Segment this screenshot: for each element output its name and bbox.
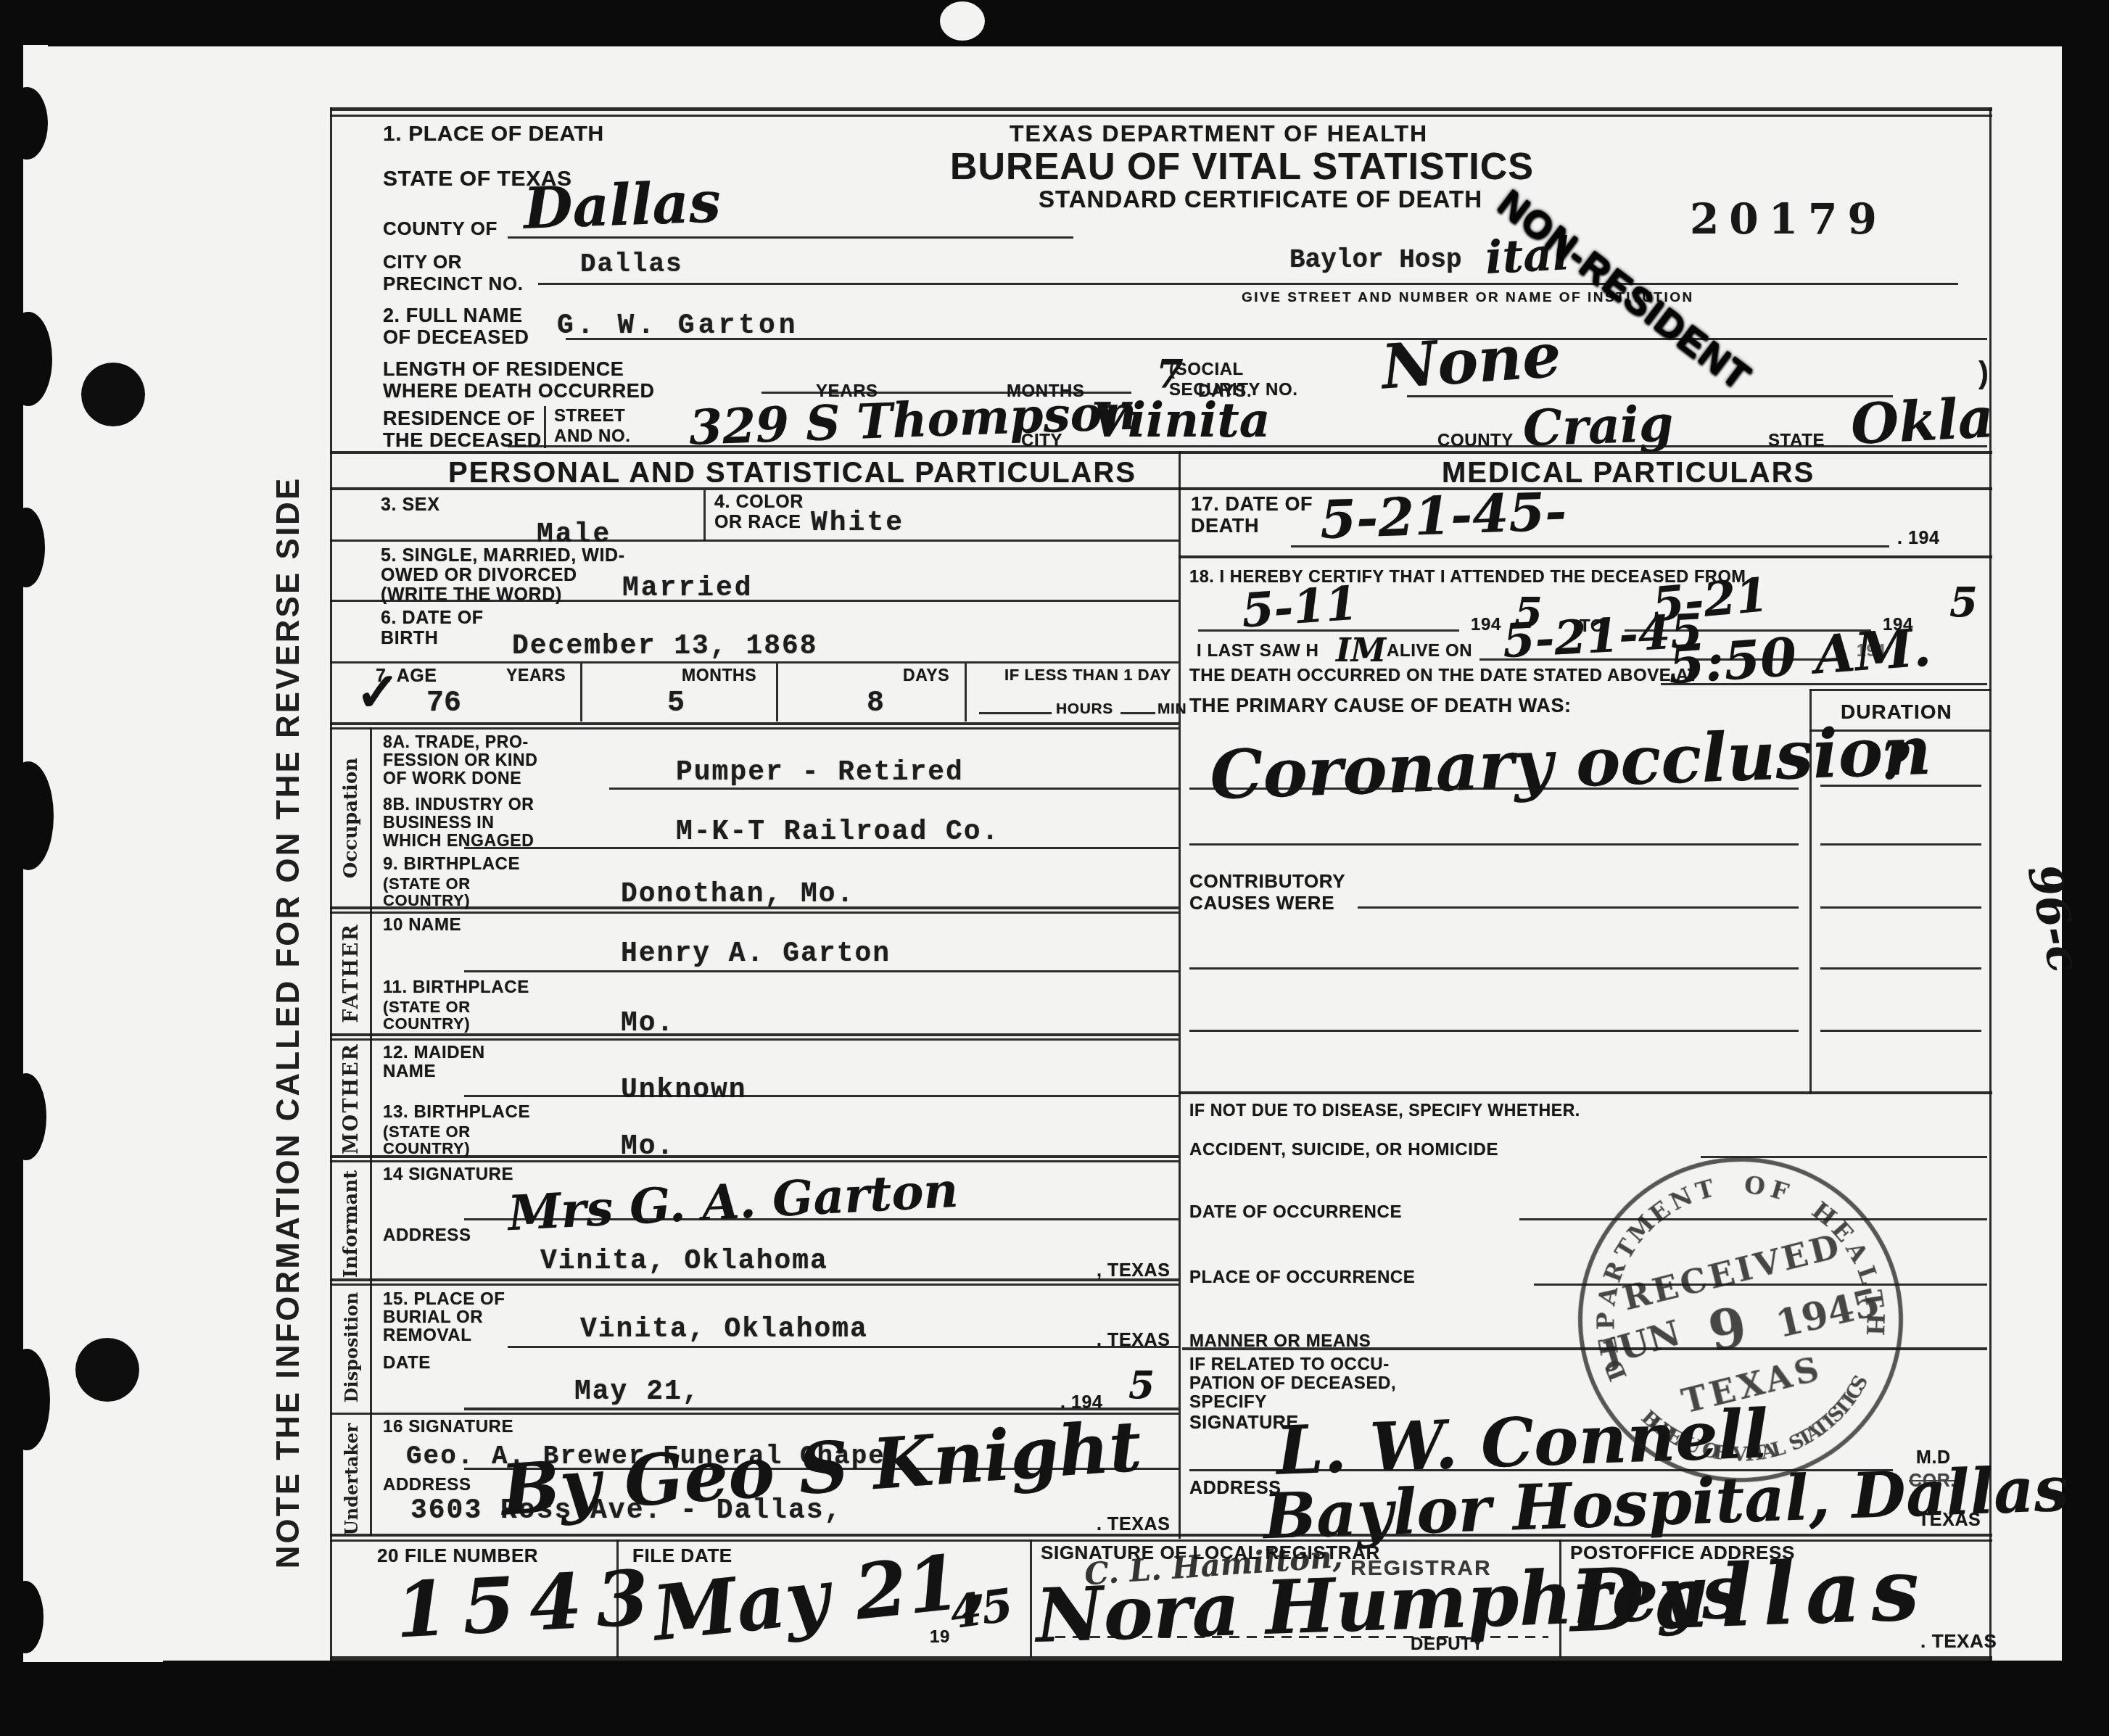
scanned-death-certificate: NOTE THE INFORMATION CALLED FOR ON THE R… bbox=[0, 0, 2109, 1736]
industry-label: 8B. INDUSTRY OR bbox=[383, 795, 534, 814]
rule-line bbox=[1820, 906, 1981, 909]
masthead-bureau: BUREAU OF VITAL STATISTICS bbox=[950, 145, 1534, 189]
received-stamp: DEPARTMENT OF HEALTH BUREAU OF VITAL STA… bbox=[1545, 1125, 1936, 1515]
age-months-value: 5 bbox=[667, 687, 685, 720]
city-precinct-label: CITY OR bbox=[383, 251, 462, 273]
rule-line bbox=[464, 847, 1179, 849]
dod-label: 17. DATE OF bbox=[1191, 493, 1313, 516]
residence-state-value: Okla bbox=[1849, 385, 1995, 457]
occurred-label: THE DEATH OCCURRED ON THE DATE STATED AB… bbox=[1189, 666, 1699, 686]
length-residence-label: LENGTH OF RESIDENCE bbox=[383, 358, 624, 381]
rule-line bbox=[330, 1278, 1179, 1281]
residence-city-value: Viinita bbox=[1091, 392, 1271, 448]
color-value: White bbox=[811, 508, 904, 539]
trade-label2: FESSION OR KIND bbox=[383, 751, 537, 770]
rule-line bbox=[330, 1284, 1179, 1286]
rule-line bbox=[330, 912, 1179, 914]
torn-edge-bump bbox=[4, 312, 52, 406]
undertaker-address-label: ADDRESS bbox=[383, 1475, 471, 1495]
column-divider bbox=[1179, 451, 1181, 1539]
rule-line bbox=[330, 107, 1992, 111]
street-label2: AND NO. bbox=[554, 426, 631, 447]
torn-edge-bump bbox=[7, 1581, 44, 1653]
torn-edge-bump bbox=[7, 508, 45, 587]
rule-line bbox=[1820, 785, 1981, 787]
age-min-label: MIN bbox=[1157, 700, 1186, 718]
dod-value: 5-21-45- bbox=[1319, 480, 1568, 550]
age-days-label: DAYS bbox=[903, 666, 949, 685]
age-days-value: 8 bbox=[867, 687, 884, 720]
rule-line bbox=[1291, 545, 1889, 547]
informant-address-value: Vinita, Oklahoma bbox=[540, 1246, 828, 1277]
rule-line bbox=[330, 722, 1179, 725]
trade-value: Pumper - Retired bbox=[676, 757, 964, 788]
informant-address-label: ADDRESS bbox=[383, 1225, 471, 1246]
rule-line bbox=[1820, 967, 1981, 970]
primary-cause-label: THE PRIMARY CAUSE OF DEATH WAS: bbox=[1189, 695, 1572, 717]
color-label: 4. COLOR bbox=[714, 492, 804, 513]
date-occurrence-label: DATE OF OCCURRENCE bbox=[1189, 1202, 1402, 1223]
rule-line bbox=[330, 115, 1992, 117]
full-name-label2: OF DECEASED bbox=[383, 326, 529, 349]
rule-line bbox=[330, 727, 1179, 729]
reverse-side-note: NOTE THE INFORMATION CALLED FOR ON THE R… bbox=[271, 476, 307, 1568]
county-label: COUNTY OF bbox=[383, 218, 498, 240]
rule-line bbox=[464, 1095, 1179, 1097]
disposition-date-value: May 21, bbox=[574, 1376, 701, 1408]
rule-line bbox=[330, 540, 1179, 542]
ssn-label: (SOCIAL bbox=[1169, 360, 1244, 380]
rule-line bbox=[330, 487, 1992, 490]
rule-line bbox=[1809, 689, 1991, 691]
age-years-value: 76 bbox=[426, 687, 461, 720]
divider-line bbox=[580, 664, 582, 722]
contributory-label2: CAUSES WERE bbox=[1189, 892, 1334, 914]
side-label-disposition: Disposition bbox=[341, 1292, 362, 1403]
father-birthplace-label: 11. BIRTHPLACE bbox=[383, 977, 529, 998]
divider-line bbox=[1989, 107, 1992, 1661]
rule-line bbox=[1189, 843, 1799, 846]
torn-edge-bump bbox=[6, 1073, 46, 1160]
attended-to-year-script: 5 bbox=[1949, 579, 1978, 627]
dod-label2: DEATH bbox=[1191, 515, 1259, 537]
residence-label: RESIDENCE OF bbox=[383, 408, 535, 430]
industry-value: M-K-T Railroad Co. bbox=[676, 817, 999, 848]
burial-value: Vinita, Oklahoma bbox=[580, 1314, 868, 1345]
rule-line bbox=[1820, 843, 1981, 846]
if-not-label: IF NOT DUE TO DISEASE, SPECIFY WHETHER. bbox=[1189, 1101, 1580, 1120]
rule-line bbox=[330, 451, 1992, 454]
institution-typed: Baylor Hosp bbox=[1289, 245, 1462, 275]
file-number-value: 1543 bbox=[393, 1552, 665, 1655]
burial-label3: REMOVAL bbox=[383, 1326, 471, 1346]
divider-line bbox=[965, 664, 967, 722]
county-value: Dallas bbox=[522, 169, 722, 241]
full-name-label: 2. FULL NAME bbox=[383, 305, 523, 327]
dob-label: 6. DATE OF bbox=[381, 608, 484, 629]
divider-line bbox=[330, 107, 332, 1661]
divider-line bbox=[703, 490, 706, 541]
rule-line bbox=[330, 1656, 1992, 1661]
postoffice-state-suffix: . TEXAS bbox=[1920, 1630, 1997, 1653]
rule-line bbox=[1189, 788, 1799, 790]
burial-label: 15. PLACE OF bbox=[383, 1289, 505, 1310]
rule-line bbox=[464, 1218, 1179, 1220]
punch-hole-left-upper bbox=[81, 363, 145, 426]
trade-label3: OF WORK DONE bbox=[383, 769, 521, 788]
residence-city-label: CITY bbox=[1021, 431, 1062, 451]
file-date-year-script: 45 bbox=[946, 1578, 1016, 1639]
file-date-year-printed: 19 bbox=[930, 1627, 950, 1648]
rule-line bbox=[979, 712, 1052, 714]
birthplace-value: Donothan, Mo. bbox=[621, 879, 854, 910]
age-years-label: YEARS bbox=[506, 666, 566, 685]
side-label-undertaker: Undertaker bbox=[341, 1423, 362, 1535]
father-name-value: Henry A. Garton bbox=[621, 938, 891, 970]
rule-line bbox=[1120, 712, 1155, 714]
rule-line bbox=[330, 1160, 1179, 1162]
related-label3: SPECIFY bbox=[1189, 1392, 1267, 1413]
sex-label: 3. SEX bbox=[381, 495, 439, 516]
torn-edge-bump bbox=[6, 87, 48, 160]
punch-hole-top bbox=[940, 1, 985, 41]
residence-county-value: Craig bbox=[1522, 394, 1675, 458]
dob-label2: BIRTH bbox=[381, 628, 438, 649]
contributory-label: CONTRIBUTORY bbox=[1189, 870, 1345, 893]
burial-label2: BURIAL OR bbox=[383, 1307, 483, 1328]
scan-edge-top bbox=[48, 0, 2109, 46]
side-label-mother: MOTHER bbox=[340, 1043, 363, 1154]
scan-edge-bottom bbox=[163, 1661, 2109, 1736]
birthplace-label: 9. BIRTHPLACE bbox=[383, 854, 520, 875]
rule-line bbox=[508, 1346, 1179, 1348]
torn-left-edge bbox=[0, 44, 23, 1736]
rule-line bbox=[1189, 1030, 1799, 1032]
residence-county-label: COUNTY bbox=[1437, 431, 1514, 451]
city-precinct-label2: PRECINCT NO. bbox=[383, 273, 524, 295]
divider-line bbox=[776, 664, 778, 722]
physician-state-suffix: TEXAS bbox=[1918, 1510, 1981, 1531]
rule-line bbox=[464, 970, 1179, 972]
rule-line bbox=[1358, 906, 1799, 909]
rule-line bbox=[1179, 555, 1992, 558]
father-birthplace-label3: COUNTRY) bbox=[383, 1014, 470, 1033]
divider-line bbox=[1030, 1539, 1032, 1658]
place-occurrence-label: PLACE OF OCCURRENCE bbox=[1189, 1268, 1415, 1288]
father-name-label: 10 NAME bbox=[383, 915, 461, 935]
certificate-number: 20179 bbox=[1690, 194, 1887, 244]
age-hours-label: HOURS bbox=[1056, 700, 1113, 718]
last-saw-him-script: IM bbox=[1336, 632, 1386, 669]
marital-label: 5. SINGLE, MARRIED, WID- bbox=[381, 545, 625, 566]
residence-label2: THE DECEASED bbox=[383, 429, 542, 452]
masthead-standard: STANDARD CERTIFICATE OF DEATH bbox=[1039, 186, 1482, 213]
personal-banner: PERSONAL AND STATISTICAL PARTICULARS bbox=[448, 457, 1136, 489]
rule-line bbox=[330, 661, 1179, 664]
disposition-date-label: DATE bbox=[383, 1353, 431, 1373]
maiden-value: Unknown bbox=[621, 1075, 747, 1106]
rule-line bbox=[609, 788, 1179, 790]
trade-label: 8A. TRADE, PRO- bbox=[383, 732, 529, 752]
disposition-year-script: 5 bbox=[1128, 1363, 1155, 1408]
full-name-value: G. W. Garton bbox=[557, 310, 799, 342]
rule-line bbox=[538, 283, 1958, 285]
accident-label: ACCIDENT, SUICIDE, OR HOMICIDE bbox=[1189, 1140, 1498, 1160]
rule-line bbox=[330, 1033, 1179, 1036]
age-less-label: IF LESS THAN 1 DAY bbox=[1004, 666, 1171, 685]
street-label: STREET bbox=[554, 406, 625, 426]
industry-label2: BUSINESS IN bbox=[383, 813, 495, 832]
related-label2: PATION OF DECEASED, bbox=[1189, 1373, 1396, 1394]
rule-line bbox=[330, 906, 1179, 909]
undertaker-signature-label: 16 SIGNATURE bbox=[383, 1417, 513, 1437]
marital-label2: OWED OR DIVORCED bbox=[381, 565, 577, 586]
rule-line bbox=[1661, 683, 1987, 685]
age-checkmark: ✓ bbox=[355, 661, 400, 724]
attended-from-year: 194 bbox=[1471, 615, 1501, 635]
ssn-value: None bbox=[1379, 318, 1564, 402]
divider-line bbox=[544, 406, 546, 448]
age-months-label: MONTHS bbox=[682, 666, 756, 685]
place-of-death-label: 1. PLACE OF DEATH bbox=[383, 122, 604, 146]
mother-birthplace-label: 13. BIRTHPLACE bbox=[383, 1102, 530, 1123]
rule-line bbox=[330, 1534, 1992, 1537]
rule-line bbox=[330, 600, 1179, 602]
last-saw-label-end: ALIVE ON bbox=[1387, 641, 1472, 661]
punch-hole-left-lower bbox=[75, 1338, 139, 1402]
rule-line bbox=[508, 236, 1073, 239]
stamp-arc-letter: F bbox=[1712, 1441, 1729, 1466]
rule-line bbox=[1820, 1030, 1981, 1032]
rule-line bbox=[330, 1155, 1179, 1158]
masthead-dept: TEXAS DEPARTMENT OF HEALTH bbox=[1010, 120, 1428, 147]
dob-value: December 13, 1868 bbox=[512, 631, 818, 662]
maiden-label: 12. MAIDEN bbox=[383, 1043, 485, 1063]
city-precinct-value: Dallas bbox=[580, 249, 683, 279]
color-label2: OR RACE bbox=[714, 512, 801, 533]
side-label-father: FATHER bbox=[340, 923, 363, 1023]
last-saw-label: I LAST SAW H bbox=[1197, 641, 1319, 661]
rule-line bbox=[1198, 629, 1459, 632]
dod-year-printed: . 194 bbox=[1897, 528, 1940, 549]
side-label-occupation: Occupation bbox=[340, 758, 362, 878]
rule-line bbox=[1179, 1091, 1992, 1094]
length-residence-label2: WHERE DEATH OCCURRED bbox=[383, 380, 655, 402]
marital-label3: (WRITE THE WORD) bbox=[381, 584, 562, 605]
rule-line bbox=[508, 445, 1987, 447]
torn-edge-bump bbox=[4, 1349, 50, 1450]
rule-line bbox=[330, 1038, 1179, 1041]
torn-edge-bump bbox=[3, 761, 54, 870]
maiden-label2: NAME bbox=[383, 1062, 436, 1082]
rule-line bbox=[566, 338, 1987, 340]
related-label: IF RELATED TO OCCU- bbox=[1189, 1355, 1390, 1375]
side-label-informant: Informant bbox=[340, 1170, 362, 1278]
undertaker-state-suffix: . TEXAS bbox=[1097, 1514, 1170, 1535]
rule-line bbox=[1189, 967, 1799, 970]
informant-signature-label: 14 SIGNATURE bbox=[383, 1165, 513, 1185]
